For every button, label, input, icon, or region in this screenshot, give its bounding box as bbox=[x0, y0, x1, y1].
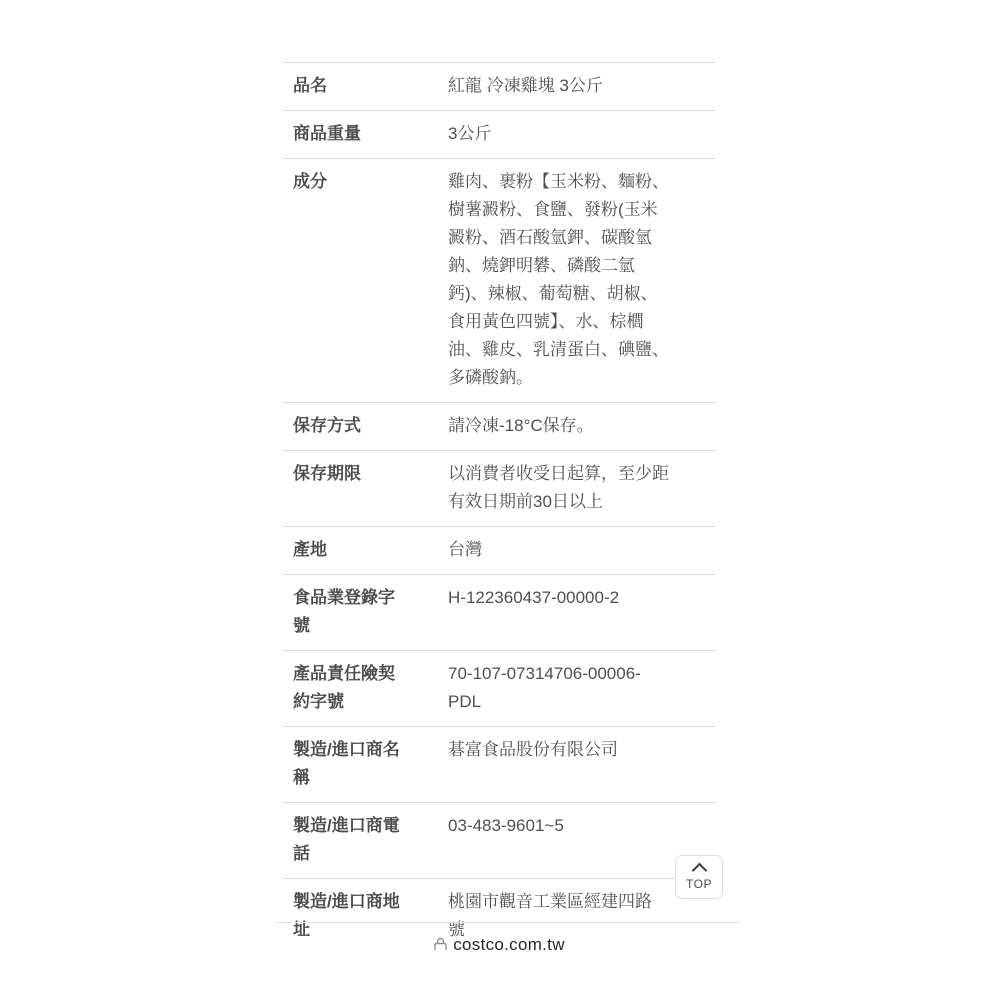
spec-value-liability-insurance: 70-107-07314706-00006- PDL bbox=[448, 651, 716, 726]
browser-bar-divider bbox=[274, 922, 740, 923]
spec-label-weight: 商品重量 bbox=[283, 111, 448, 158]
spec-row-storage-method: 保存方式 請冷凍-18°C保存。 bbox=[283, 402, 716, 450]
spec-row-ingredients: 成分 雞肉、裹粉【玉米粉、麵粉、 樹薯澱粉、食鹽、發粉(玉米 澱粉、酒石酸氫鉀、… bbox=[283, 158, 716, 402]
spec-value-manufacturer-name: 碁富食品股份有限公司 bbox=[448, 727, 716, 802]
spec-value-product-name: 紅龍 冷凍雞塊 3公斤 bbox=[448, 63, 716, 110]
back-to-top-label: TOP bbox=[686, 878, 712, 891]
browser-url-bar[interactable]: costco.com.tw bbox=[283, 931, 716, 950]
spec-label-origin: 產地 bbox=[283, 527, 448, 574]
spec-row-product-name: 品名 紅龍 冷凍雞塊 3公斤 bbox=[283, 62, 716, 110]
back-to-top-button[interactable]: TOP bbox=[675, 855, 723, 899]
spec-row-shelf-life: 保存期限 以消費者收受日起算，至少距 有效日期前30日以上 bbox=[283, 450, 716, 526]
spec-row-origin: 產地 台灣 bbox=[283, 526, 716, 574]
spec-value-origin: 台灣 bbox=[448, 527, 716, 574]
spec-value-shelf-life: 以消費者收受日起算，至少距 有效日期前30日以上 bbox=[448, 451, 716, 526]
page: 品名 紅龍 冷凍雞塊 3公斤 商品重量 3公斤 成分 雞肉、裹粉【玉米粉、麵粉、… bbox=[0, 0, 1000, 1000]
spec-label-liability-insurance: 產品責任險契 約字號 bbox=[283, 651, 448, 726]
lock-icon bbox=[434, 937, 447, 950]
spec-label-storage-method: 保存方式 bbox=[283, 403, 448, 450]
spec-row-weight: 商品重量 3公斤 bbox=[283, 110, 716, 158]
url-text: costco.com.tw bbox=[453, 931, 565, 950]
spec-label-manufacturer-phone: 製造/進口商電 話 bbox=[283, 803, 448, 878]
spec-row-manufacturer-name: 製造/進口商名 稱 碁富食品股份有限公司 bbox=[283, 726, 716, 802]
spec-label-ingredients: 成分 bbox=[283, 159, 448, 402]
product-spec-table: 品名 紅龍 冷凍雞塊 3公斤 商品重量 3公斤 成分 雞肉、裹粉【玉米粉、麵粉、… bbox=[283, 62, 716, 954]
spec-value-food-registration: H-122360437-00000-2 bbox=[448, 575, 716, 650]
spec-label-product-name: 品名 bbox=[283, 63, 448, 110]
spec-value-weight: 3公斤 bbox=[448, 111, 716, 158]
spec-row-liability-insurance: 產品責任險契 約字號 70-107-07314706-00006- PDL bbox=[283, 650, 716, 726]
spec-label-food-registration: 食品業登錄字 號 bbox=[283, 575, 448, 650]
spec-row-manufacturer-phone: 製造/進口商電 話 03-483-9601~5 bbox=[283, 802, 716, 878]
spec-row-food-registration: 食品業登錄字 號 H-122360437-00000-2 bbox=[283, 574, 716, 650]
spec-value-ingredients: 雞肉、裹粉【玉米粉、麵粉、 樹薯澱粉、食鹽、發粉(玉米 澱粉、酒石酸氫鉀、碳酸氫… bbox=[448, 159, 716, 402]
spec-label-manufacturer-name: 製造/進口商名 稱 bbox=[283, 727, 448, 802]
spec-value-storage-method: 請冷凍-18°C保存。 bbox=[448, 403, 716, 450]
chevron-up-icon bbox=[691, 863, 707, 879]
spec-label-shelf-life: 保存期限 bbox=[283, 451, 448, 526]
